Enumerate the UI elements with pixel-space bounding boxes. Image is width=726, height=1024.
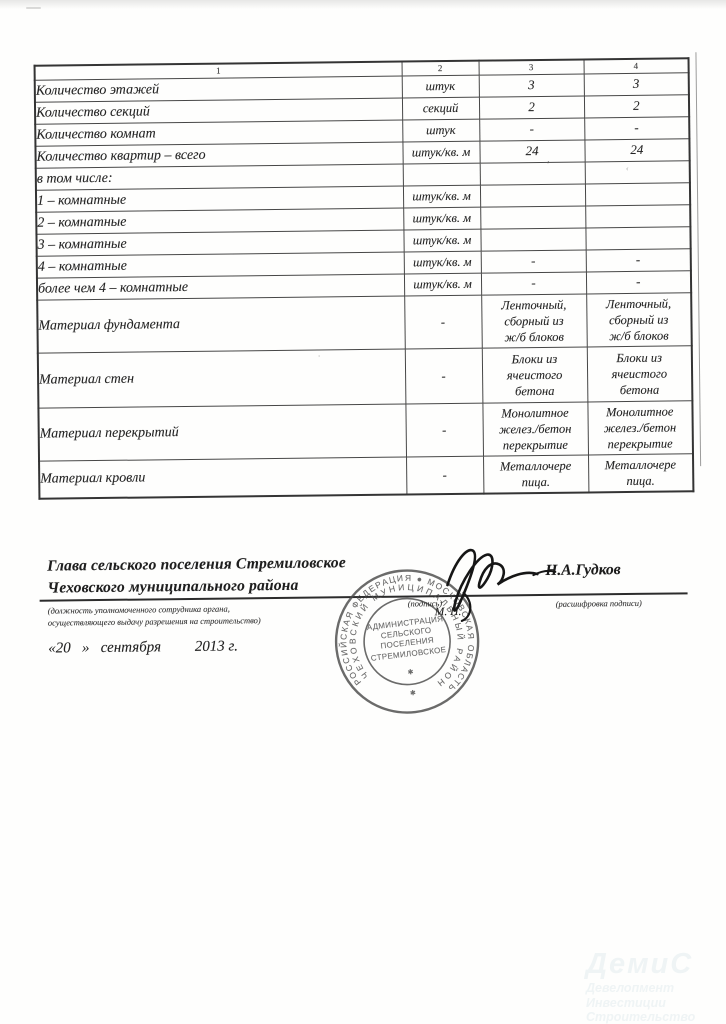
name-caption: (расшифровка подписи)	[556, 598, 642, 609]
cell-value: Металлочере пица.	[588, 454, 693, 493]
cell-value: -	[481, 272, 586, 295]
cell-label: Материал перекрытий	[38, 404, 406, 461]
cell-value: Монолитное желез./бетон перекрытие	[482, 402, 588, 456]
title-caption-line1: (должность уполномоченного сотрудника ор…	[48, 604, 230, 616]
document-date: «20 » сентября 2013 г.	[48, 638, 238, 657]
cell-value	[480, 162, 585, 185]
signature-stroke	[533, 571, 555, 575]
cell-unit: секций	[402, 97, 479, 120]
stamp-star-icon: ✱	[410, 689, 417, 698]
table-row: Материал кровли - Металлочере пица. Мета…	[39, 454, 693, 499]
cell-value: -	[586, 271, 691, 294]
table-row: Материал перекрытий - Монолитное желез./…	[38, 401, 693, 461]
table-row: Материал стен - Блоки из ячеистого бетон…	[38, 346, 693, 408]
cell-unit: штук/кв. м	[403, 229, 480, 252]
cell-unit: штук	[402, 119, 479, 142]
cell-value: 2	[479, 96, 584, 119]
cell-value: -	[586, 249, 691, 272]
cell-value: Блоки из ячеистого бетона	[482, 347, 588, 403]
cell-label: Материал фундамента	[37, 296, 405, 353]
cell-unit: штук/кв. м	[403, 185, 480, 208]
cell-value: -	[481, 250, 586, 273]
cell-value	[585, 205, 690, 228]
cell-value: Ленточный, сборный из ж/б блоков	[586, 293, 692, 347]
cell-value: 3	[584, 73, 689, 96]
cell-unit: штук/кв. м	[402, 141, 479, 164]
cell-value	[480, 184, 585, 207]
signature-stroke	[447, 549, 538, 610]
developer-watermark: ДемиС Девелопмент Инвестиции Строительст…	[586, 948, 722, 1024]
building-spec-table: 1 2 3 4 Количество этажей штук 3 3 Колич…	[34, 57, 695, 499]
cell-value: 3	[479, 74, 584, 97]
official-title-line2: Чеховского муниципального района	[47, 577, 298, 598]
table-row: Материал фундамента - Ленточный, сборный…	[37, 293, 692, 353]
scan-page-edge-line	[695, 52, 701, 466]
scan-tilt-wrapper: 1 2 3 4 Количество этажей штук 3 3 Колич…	[0, 0, 726, 1024]
cell-value	[480, 206, 585, 229]
cell-value: Блоки из ячеистого бетона	[587, 346, 693, 402]
watermark-line: Строительство	[586, 1010, 722, 1024]
cell-unit: -	[405, 348, 483, 404]
cell-value: Ленточный, сборный из ж/б блоков	[481, 294, 587, 348]
col-number: 4	[584, 58, 689, 74]
cell-value: -	[584, 117, 689, 140]
cell-value: -	[479, 118, 584, 141]
cell-value	[480, 228, 585, 251]
cell-label: Материал кровли	[39, 457, 406, 499]
cell-unit: штук/кв. м	[404, 251, 481, 274]
watermark-line: Инвестиции	[586, 996, 722, 1010]
cell-unit	[403, 163, 480, 186]
cell-value: 24	[479, 140, 584, 163]
cell-value: 24	[584, 139, 689, 162]
handwritten-signature	[433, 538, 566, 623]
title-caption-line2: осуществляющего выдачу разрешения на стр…	[48, 615, 261, 627]
cell-unit: штук/кв. м	[403, 207, 480, 230]
cell-label: Материал стен	[38, 349, 406, 408]
cell-value	[585, 183, 690, 206]
stamp-star-icon: ✱	[407, 668, 414, 677]
cell-unit: -	[406, 456, 483, 494]
cell-unit: штук/кв. м	[404, 273, 481, 296]
cell-unit: -	[404, 295, 482, 349]
cell-unit: штук	[402, 75, 479, 98]
cell-value: Металлочере пица.	[483, 455, 588, 494]
cell-value	[585, 161, 690, 184]
cell-value: Монолитное желез./бетон перекрытие	[587, 401, 693, 455]
official-title-line1: Глава сельского поселения Стремиловское	[47, 554, 346, 575]
scanned-document-page: · ’ ‹ 1 2 3 4 Количество этажей штук 3 3…	[0, 0, 726, 1024]
cell-value: 2	[584, 95, 689, 118]
watermark-line: Девелопмент	[586, 981, 722, 995]
col-number: 3	[479, 59, 584, 75]
col-number: 2	[402, 61, 479, 76]
cell-value	[585, 227, 690, 250]
watermark-logo: ДемиС	[586, 948, 722, 981]
cell-unit: -	[405, 403, 483, 457]
